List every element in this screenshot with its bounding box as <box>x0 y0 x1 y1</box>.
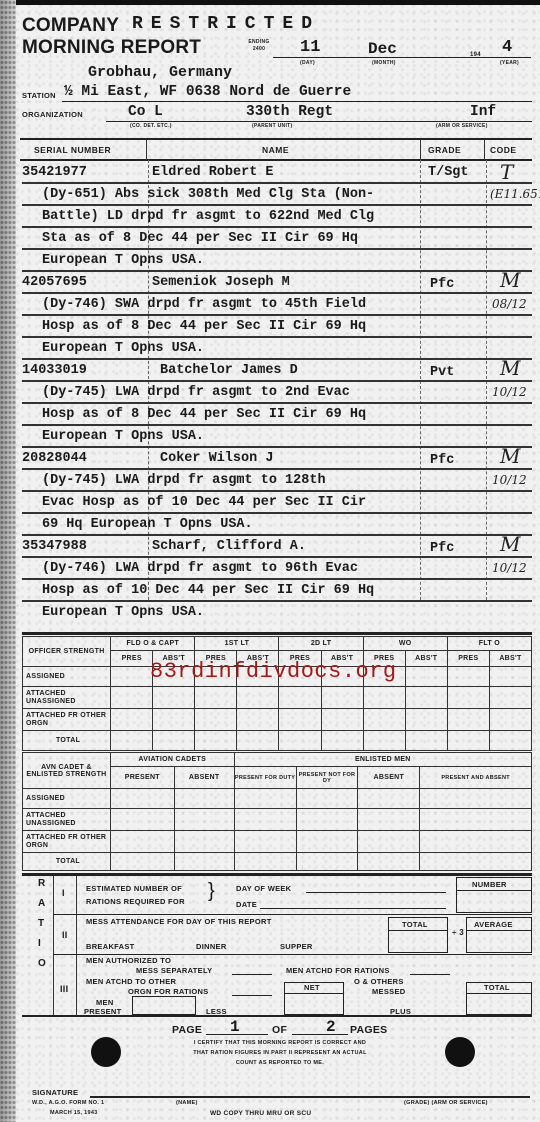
form-number: W.D., A.G.O. FORM NO. 1 <box>32 1100 104 1106</box>
org-parent-unit: 330th Regt <box>246 104 333 120</box>
classification-stamp: RESTRICTED <box>132 14 320 34</box>
year-underline <box>485 57 531 58</box>
month-caption: (MONTH) <box>372 60 396 66</box>
men-authorized-field[interactable] <box>232 974 272 975</box>
sub-header-pres: PRES <box>447 651 489 667</box>
part1-label-a: ESTIMATED NUMBER OF <box>86 884 182 893</box>
entry-line: (Dy-651) Abs sick 308th Med Clg Sta (Non… <box>42 187 374 202</box>
signature-line[interactable] <box>90 1096 530 1098</box>
col-divider-serial <box>146 140 147 160</box>
entry-serial: 14033019 <box>22 363 87 378</box>
men-atchd-rations-field[interactable] <box>410 974 450 975</box>
brace: } <box>208 880 215 903</box>
entry-line: Hosp as of 8 Dec 44 per Sec II Cir 69 Hq <box>42 407 366 422</box>
entry-grade: Pfc <box>430 277 454 292</box>
punch-hole-right-icon <box>445 1037 475 1067</box>
entry-code-top: M <box>500 532 520 556</box>
entry-grade: Pvt <box>430 365 454 380</box>
entry-name: Eldred Robert E <box>152 165 274 180</box>
org-arm: Inf <box>470 104 496 120</box>
part1-numeral: I <box>62 888 65 898</box>
day-of-week-label: DAY OF WEEK <box>236 884 291 893</box>
col-grade: GRADE <box>428 145 461 155</box>
officer-strength-corner: OFFICER STRENGTH <box>23 637 111 667</box>
officer-group-header: 2D LT <box>279 637 363 651</box>
watermark: 83rdinfdivdocs.org <box>150 659 397 684</box>
row-rule <box>22 226 532 228</box>
sub-header-present-for-duty: PRESENT FOR DUTY <box>234 767 296 789</box>
entry-name: Semeniok Joseph M <box>152 275 290 290</box>
sub-header-pres: PRES <box>111 651 153 667</box>
org-company-caption: (CO. DET. ETC.) <box>130 123 172 129</box>
row-label-attached-unassigned: ATTACHED UNASSIGNED <box>23 809 111 831</box>
row-rule <box>22 490 532 492</box>
men-authorized-a: MEN AUTHORIZED TO <box>86 956 171 965</box>
certify-line-2: THAT RATION FIGURES IN PART II REPRESENT… <box>160 1050 400 1056</box>
entry-code-top: M <box>500 268 520 292</box>
entry-name: Scharf, Clifford A. <box>152 539 306 554</box>
row-rule <box>22 600 532 602</box>
entry-serial: 35421977 <box>22 165 87 180</box>
row-rule <box>22 578 532 580</box>
row-rule <box>22 270 532 272</box>
scan-border-left <box>0 0 16 1122</box>
row-label-attached-other: ATTACHED FR OTHER ORGN <box>23 709 111 731</box>
sub-header-present-and-absent: PRESENT AND ABSENT <box>420 767 532 789</box>
org-company: Co L <box>128 104 163 120</box>
page-number: 1 <box>230 1018 240 1036</box>
org-arm-caption: (ARM OR SERVICE) <box>436 123 488 129</box>
entry-line: Hosp as of 10 Dec 44 per Sec II Cir 69 H… <box>42 583 374 598</box>
men-atchd-other-a: MEN ATCHD TO OTHER <box>86 977 176 986</box>
entry-line: (Dy-746) SWA drpd fr asgmt to 45th Field <box>42 297 366 312</box>
row-rule <box>22 380 532 382</box>
entry-line: European T Opns USA. <box>42 605 204 620</box>
signature-label: SIGNATURE <box>32 1088 78 1097</box>
men-present-box[interactable] <box>132 996 196 1015</box>
sub-header-present: PRESENT <box>110 767 174 789</box>
rations-part2-divider <box>53 954 532 955</box>
entry-serial: 20828044 <box>22 451 87 466</box>
part2-numeral: II <box>62 930 68 940</box>
table-top-border <box>20 138 532 140</box>
row-label-total: TOTAL <box>23 853 111 871</box>
entry-code-top: M <box>500 444 520 468</box>
scan-border-top <box>0 0 540 5</box>
dinner-label: DINNER <box>196 942 227 951</box>
page-label: PAGE <box>172 1024 202 1036</box>
pages-total-line <box>292 1034 348 1035</box>
number-box-divider <box>456 890 532 891</box>
station-value: ½ Mi East, WF 0638 Nord de Guerre <box>64 84 351 100</box>
sub-header-absent: ABSENT <box>358 767 420 789</box>
group-enlisted-men: ENLISTED MEN <box>234 753 531 767</box>
date-label: DATE <box>236 900 257 909</box>
entry-grade: T/Sgt <box>428 165 469 180</box>
breakfast-label: BREAKFAST <box>86 942 135 951</box>
men-present-a: MEN <box>96 998 114 1007</box>
entry-code-bottom: 10/12 <box>492 561 527 575</box>
part2-label: MESS ATTENDANCE FOR DAY OF THIS REPORT <box>86 917 272 926</box>
form-title-morning-report: MORNING REPORT <box>22 37 201 59</box>
location-line: Grobhau, Germany <box>88 64 232 81</box>
men-atchd-rations-label: MEN ATCHD FOR RATIONS <box>286 966 390 975</box>
less-label: LESS <box>206 1007 227 1016</box>
row-rule <box>22 204 532 206</box>
name-caption: (NAME) <box>176 1100 198 1106</box>
entry-serial: 42057695 <box>22 275 87 290</box>
entry-code-bottom: 10/12 <box>492 473 527 487</box>
form-title-company: COMPANY <box>22 15 119 37</box>
entry-code-top: M <box>500 356 520 380</box>
entry-line: European T Opns USA. <box>42 253 204 268</box>
officer-group-header: FLD O & CAPT <box>111 637 195 651</box>
wd-copy-note: WD COPY THRU MRU OR SCU <box>210 1110 311 1117</box>
org-underline <box>106 121 532 122</box>
total-box-divider <box>388 930 448 931</box>
report-month: Dec <box>368 40 397 58</box>
row-label-assigned: ASSIGNED <box>23 667 111 687</box>
of-label: OF <box>272 1024 287 1036</box>
punch-hole-left-icon <box>91 1037 121 1067</box>
total-label: TOTAL <box>402 920 428 929</box>
sub-header-absent: ABSENT <box>174 767 234 789</box>
o-others-b: MESSED <box>372 987 405 996</box>
entry-line: Sta as of 8 Dec 44 per Sec II Cir 69 Hq <box>42 231 358 246</box>
group-aviation-cadets: AVIATION CADETS <box>110 753 234 767</box>
row-rule <box>22 314 532 316</box>
ending-label: ENDING 2400 <box>247 39 271 53</box>
men-present-b: PRESENT <box>84 1007 122 1016</box>
rations-letter: I <box>38 938 41 949</box>
entry-line: European T Opns USA. <box>42 341 204 356</box>
supper-label: SUPPER <box>280 942 313 951</box>
row-rule <box>22 534 532 536</box>
header-bottom-border <box>20 159 532 161</box>
entry-code-bottom: (E11.651 <box>490 187 540 201</box>
officer-section-border <box>22 632 532 635</box>
row-label-assigned: ASSIGNED <box>23 789 111 809</box>
officer-group-header: 1ST LT <box>195 637 279 651</box>
rations-side-divider <box>53 876 54 1015</box>
enlisted-strength-table: AVN CADET & ENLISTED STRENGTH AVIATION C… <box>22 752 532 871</box>
entry-line: European T Opns USA. <box>42 429 204 444</box>
row-rule <box>22 358 532 360</box>
sub-header-abst: ABS'T <box>405 651 447 667</box>
organization-label: ORGANIZATION <box>22 110 83 119</box>
certify-line-1: I CERTIFY THAT THIS MORNING REPORT IS CO… <box>160 1040 400 1046</box>
row-rule <box>22 336 532 338</box>
row-label-attached-other: ATTACHED FR OTHER ORGN <box>23 831 111 853</box>
entry-line: 69 Hq European T Opns USA. <box>42 517 253 532</box>
row-rule <box>22 292 532 294</box>
rations-top-border <box>22 873 532 876</box>
part3-numeral: III <box>60 984 68 994</box>
station-label: STATION <box>22 91 56 100</box>
grade-caption: (GRADE) (ARM OR SERVICE) <box>404 1100 488 1106</box>
day-of-week-field[interactable] <box>306 892 446 893</box>
officer-group-header: FLT O <box>447 637 531 651</box>
plus-label: PLUS <box>390 1007 411 1016</box>
total3-label: TOTAL <box>484 983 510 992</box>
entry-name: Coker Wilson J <box>160 451 273 466</box>
men-atchd-other-b: ORGN FOR RATIONS <box>128 987 209 996</box>
year-prefix: 194 <box>470 52 481 58</box>
col-name: NAME <box>262 145 289 155</box>
rations-letter: T <box>38 918 44 929</box>
entry-line: (Dy-746) LWA drpd fr asgmt to 96th Evac <box>42 561 358 576</box>
report-year: 4 <box>502 38 512 57</box>
officer-group-header: WO <box>363 637 447 651</box>
net-box-divider <box>284 993 344 994</box>
rations-part-divider <box>76 876 77 1015</box>
average-label: AVERAGE <box>474 920 513 929</box>
col-divider-name <box>420 140 421 160</box>
row-rule <box>22 556 532 558</box>
men-authorized-b: MESS SEPARATELY <box>136 966 212 975</box>
entry-name: Batchelor James D <box>160 363 298 378</box>
certify-line-3: COUNT AS REPORTED TO ME. <box>160 1060 400 1066</box>
number-label: NUMBER <box>472 880 507 889</box>
day-caption: (DAY) <box>300 60 315 66</box>
entry-line: Battle) LD drpd fr asgmt to 622nd Med Cl… <box>42 209 374 224</box>
rations-letter: R <box>38 878 46 889</box>
org-parent-caption: (PARENT UNIT) <box>252 123 292 129</box>
entry-grade: Pfc <box>430 541 454 556</box>
rations-letter: O <box>38 958 46 969</box>
entry-line: Hosp as of 8 Dec 44 per Sec II Cir 69 Hq <box>42 319 366 334</box>
men-atchd-other-field[interactable] <box>232 995 272 996</box>
report-day: 11 <box>300 38 320 57</box>
o-others-a: O & OTHERS <box>354 977 404 986</box>
col-serial-number: SERIAL NUMBER <box>34 145 111 155</box>
part1-label-b: RATIONS REQUIRED FOR <box>86 897 185 906</box>
sub-header-present-not-for-duty: PRESENT NOT FOR DY <box>296 767 358 789</box>
year-caption: (YEAR) <box>500 60 519 66</box>
row-label-total: TOTAL <box>23 731 111 751</box>
sub-header-abst: ABS'T <box>489 651 531 667</box>
total3-box-divider <box>466 993 532 994</box>
col-divider-grade <box>484 140 485 160</box>
average-box-divider <box>466 930 532 931</box>
entry-line: (Dy-745) LWA drpd fr asgmt to 128th <box>42 473 326 488</box>
row-rule <box>22 248 532 250</box>
entry-line: Evac Hosp as of 10 Dec 44 per Sec II Cir <box>42 495 366 510</box>
entry-code-top: T <box>500 160 513 184</box>
rations-part1-divider <box>53 914 532 915</box>
row-rule <box>22 182 532 184</box>
col-code: CODE <box>490 145 517 155</box>
rations-letter: A <box>38 898 46 909</box>
morning-report-page: COMPANY RESTRICTED MORNING REPORT ENDING… <box>0 0 540 1122</box>
entry-code-bottom: 08/12 <box>492 297 527 311</box>
row-rule <box>22 446 532 448</box>
entry-serial: 35347988 <box>22 539 87 554</box>
station-underline <box>62 101 532 102</box>
row-label-attached-unassigned: ATTACHED UNASSIGNED <box>23 687 111 709</box>
entry-line: (Dy-745) LWA drpd fr asgmt to 2nd Evac <box>42 385 350 400</box>
row-rule <box>22 402 532 404</box>
entry-grade: Pfc <box>430 453 454 468</box>
enlisted-strength-corner: AVN CADET & ENLISTED STRENGTH <box>23 753 111 789</box>
date-field[interactable] <box>260 908 446 909</box>
pages-total: 2 <box>326 1018 336 1036</box>
row-rule <box>22 468 532 470</box>
row-rule <box>22 512 532 514</box>
net-label: NET <box>304 983 320 992</box>
entry-code-bottom: 10/12 <box>492 385 527 399</box>
divide-by-three: ÷ 3 <box>452 928 464 937</box>
pages-label: PAGES <box>350 1024 387 1036</box>
form-date: MARCH 15, 1943 <box>50 1110 98 1116</box>
row-rule <box>22 424 532 426</box>
officer-strength-table: OFFICER STRENGTH FLD O & CAPT 1ST LT 2D … <box>22 636 532 751</box>
